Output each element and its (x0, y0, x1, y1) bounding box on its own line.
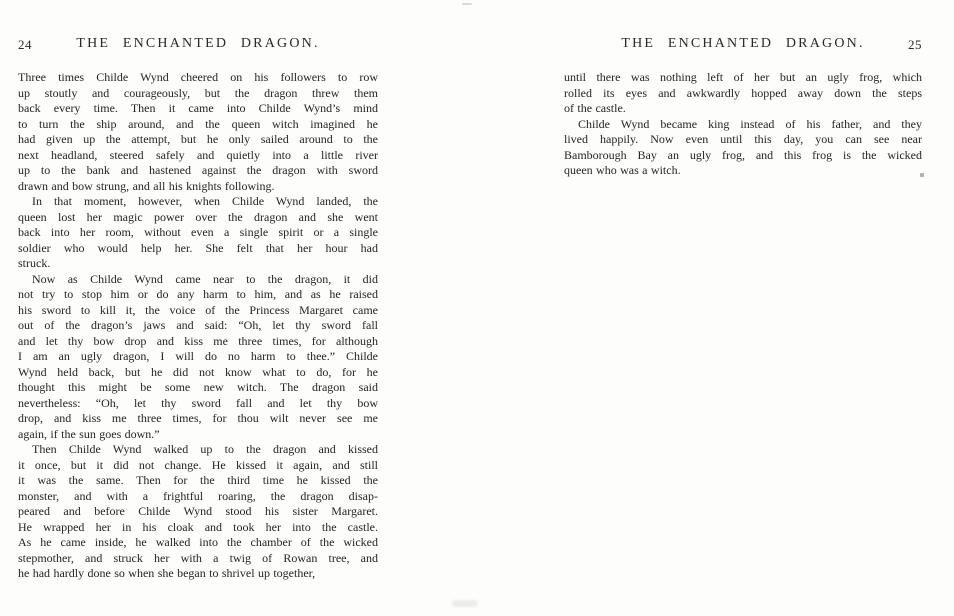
text-line: He wrapped her in his cloak and took her… (18, 520, 378, 536)
text-line: Then Childe Wynd walked up to the dragon… (18, 442, 378, 458)
scan-speck (462, 3, 472, 5)
text-line: Now as Childe Wynd came near to the drag… (18, 272, 378, 288)
text-line: out of the dragon’s jaws and said: “Oh, … (18, 318, 378, 334)
text-line: struck. (18, 256, 378, 272)
text-line: it once, but it did not change. He kisse… (18, 458, 378, 474)
text-line: and let thy bow drop and kiss me three t… (18, 334, 378, 350)
text-line: nevertheless: “Oh, let thy sword fall an… (18, 396, 378, 412)
text-line: of the castle. (564, 101, 922, 117)
text-line: In that moment, however, when Childe Wyn… (18, 194, 378, 210)
text-line: peared and before Childe Wynd stood his … (18, 504, 378, 520)
page-left: 24 THE ENCHANTED DRAGON. Three times Chi… (18, 0, 378, 616)
text-line: thought this might be some new witch. Th… (18, 380, 378, 396)
text-line: lived happily. Now even until this day, … (564, 132, 922, 148)
text-line: next headland, steered safely and quietl… (18, 148, 378, 164)
text-line: queen lost her magic power over the drag… (18, 210, 378, 226)
text-line: Three times Childe Wynd cheered on his f… (18, 70, 378, 86)
text-line: queen who was a witch. (564, 163, 922, 179)
text-line: drawn and bow strung, and all his knight… (18, 179, 378, 195)
text-line: until there was nothing left of her but … (564, 70, 922, 86)
text-line: back every time. Then it came into Child… (18, 101, 378, 117)
text-line: Wynd held back, but he did not know what… (18, 365, 378, 381)
text-line: his sword to kill it, the voice of the P… (18, 303, 378, 319)
page-right: THE ENCHANTED DRAGON. 25 until there was… (564, 0, 922, 616)
text-line: it was the same. Then for the third time… (18, 473, 378, 489)
text-line: up to the bank and hastened against the … (18, 163, 378, 179)
text-line: again, if the sun goes down.” (18, 427, 378, 443)
right-running-head: THE ENCHANTED DRAGON. (564, 36, 922, 52)
left-page-header: 24 THE ENCHANTED DRAGON. (18, 36, 378, 52)
left-page-text: Three times Childe Wynd cheered on his f… (18, 70, 378, 582)
text-line: I am an ugly dragon, I will do no harm t… (18, 349, 378, 365)
right-page-number: 25 (908, 37, 922, 53)
text-line: stepmother, and struck her with a twig o… (18, 551, 378, 567)
left-page-number: 24 (18, 37, 32, 53)
text-line: soldier who would help her. She felt tha… (18, 241, 378, 257)
right-page-header: THE ENCHANTED DRAGON. 25 (564, 36, 922, 52)
right-page-text: until there was nothing left of her but … (564, 70, 922, 179)
text-line: Childe Wynd became king instead of his f… (564, 117, 922, 133)
text-line: Bamborough Bay an ugly frog, and this fr… (564, 148, 922, 164)
text-line: to turn the ship around, and the queen w… (18, 117, 378, 133)
text-line: back into her room, without even a singl… (18, 225, 378, 241)
text-line: not try to stop him or do any harm to hi… (18, 287, 378, 303)
text-line: monster, and with a frightful roaring, t… (18, 489, 378, 505)
text-line: As he came inside, he walked into the ch… (18, 535, 378, 551)
text-line: had given up the attempt, but he only sa… (18, 132, 378, 148)
text-line: up stoutly and courageously, but the dra… (18, 86, 378, 102)
text-line: drop, and kiss me three times, for thou … (18, 411, 378, 427)
left-running-head: THE ENCHANTED DRAGON. (18, 36, 378, 52)
scan-smudge (452, 600, 478, 607)
text-line: he had hardly done so when she began to … (18, 566, 378, 582)
text-line: rolled its eyes and awkwardly hopped awa… (564, 86, 922, 102)
